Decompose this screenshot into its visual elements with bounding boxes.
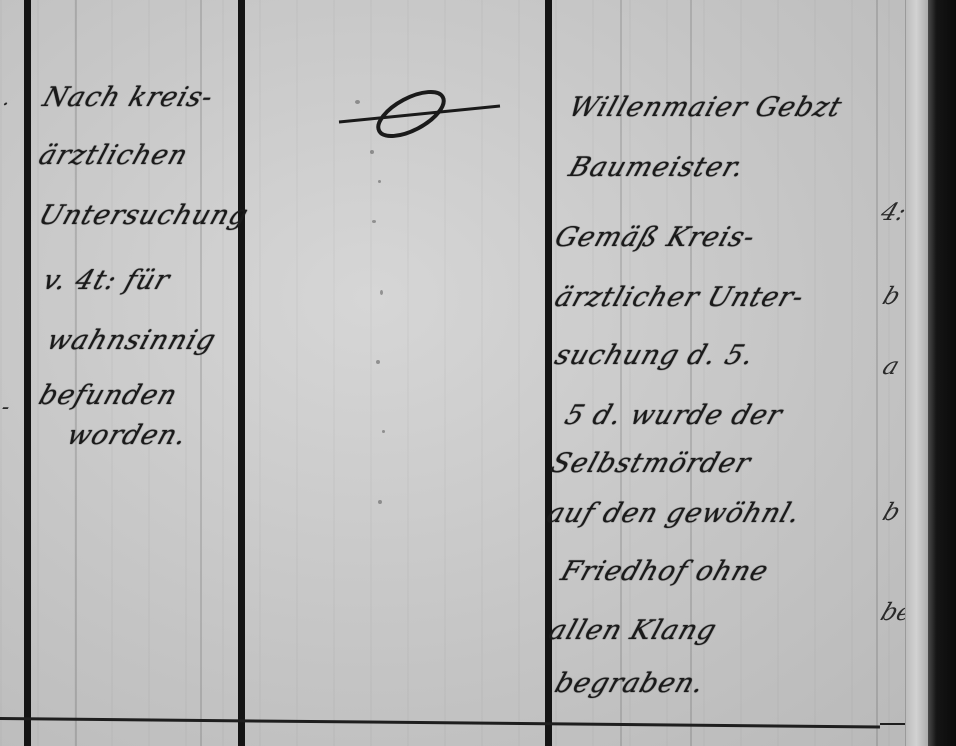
margin-mark: b: [879, 498, 905, 526]
left-edge-mark: -: [0, 395, 14, 420]
ink-speckle: [376, 360, 380, 364]
ink-speckle: [355, 100, 360, 104]
col1-line: worden.: [63, 420, 192, 451]
col1-line: wahnsinnig: [43, 325, 220, 356]
col3-line: ärztlicher Unter-: [551, 282, 808, 313]
faint-ruling: [876, 0, 878, 746]
ink-speckle: [382, 430, 385, 433]
ink-speckle: [378, 180, 381, 183]
struck-zero-mark: [335, 84, 505, 144]
col3-line: Willenmaier Gebzt: [565, 92, 846, 123]
ink-speckle: [380, 290, 383, 295]
col1-line: ärztlichen: [35, 140, 192, 171]
row-bottom-rule: [0, 717, 880, 728]
col3-line: Baumeister.: [565, 152, 749, 183]
book-binding: [928, 0, 956, 746]
col1-line: Nach kreis-: [39, 82, 218, 113]
ink-speckle: [372, 220, 376, 223]
col3-line: begraben.: [551, 668, 709, 699]
margin-mark: a: [879, 352, 904, 380]
col3-line: Gemäß Kreis-: [551, 222, 760, 253]
col3-line: auf den gewöhnl.: [543, 498, 805, 529]
col3-line: Selbstmörder: [547, 448, 755, 479]
col3-line: Friedhof ohne: [557, 556, 773, 587]
col3-line: allen Klang: [545, 615, 721, 646]
column-rule-2: [238, 0, 245, 746]
ink-speckle: [378, 500, 382, 504]
page-edge: [905, 0, 929, 746]
col1-line: v. 4t: für: [39, 265, 174, 296]
column-rule-1: [24, 0, 31, 746]
left-edge-mark: .: [0, 86, 16, 111]
ink-speckle: [370, 150, 374, 154]
margin-mark: b: [879, 282, 905, 310]
col3-line: 5 d. wurde der: [561, 400, 787, 431]
col1-line: befunden: [35, 380, 182, 411]
register-page: . - Nach kreis- ärztlichen Untersuchung …: [0, 0, 925, 746]
col3-line: suchung d. 5.: [551, 340, 759, 371]
col1-line: Untersuchung: [35, 200, 253, 231]
